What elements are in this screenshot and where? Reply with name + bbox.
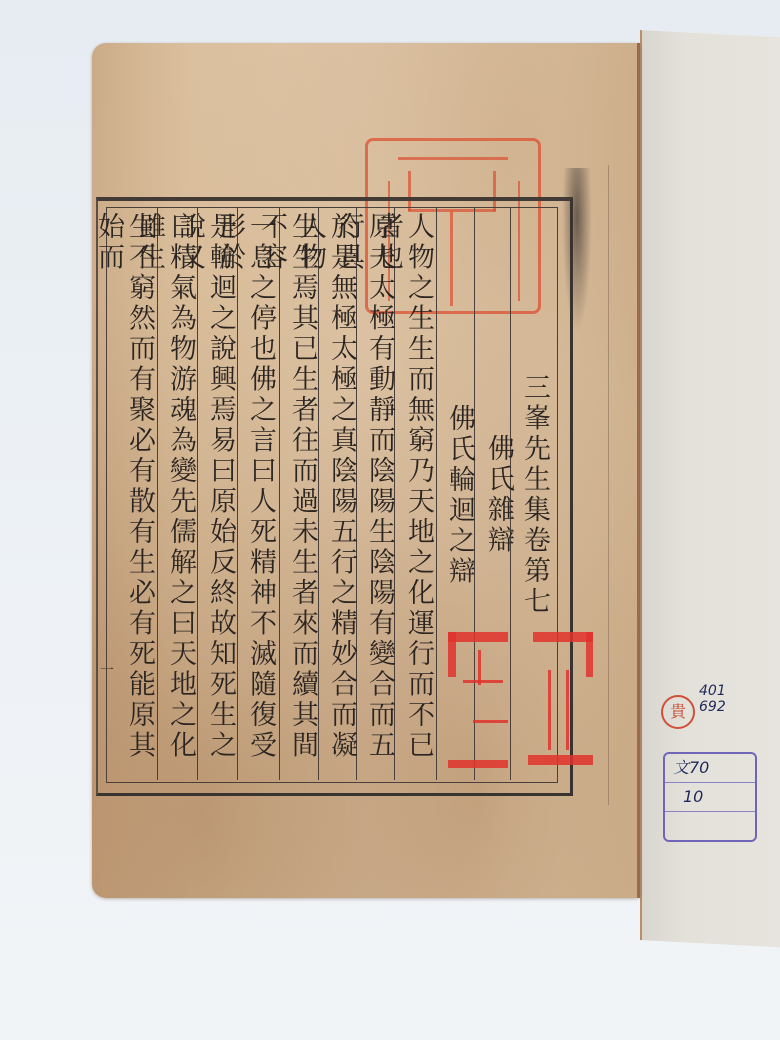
margin-page-mark: 一 — [100, 660, 114, 680]
text-column: 生生焉其已生者往而過未生者來而續其間不容 — [280, 212, 318, 778]
call-number-line2: 692 — [699, 699, 726, 715]
text-column: 人物之生生而無窮乃天地之化運行而不已者也 — [396, 212, 434, 778]
call-number-line1: 401 — [699, 683, 726, 699]
call-number: 401 692 — [699, 683, 726, 715]
text-column: 一息之停也佛之言曰人死精神不滅隨復受形於 — [238, 212, 276, 778]
red-seal-bottom — [448, 630, 593, 775]
stamp-row-2: 10 — [665, 783, 755, 812]
library-stamp-box: 文70 10 — [663, 752, 757, 842]
text-column: 曰精氣為物游魂為變先儒解之曰天地之化雖生 — [158, 212, 196, 778]
stamp-row-1: 文70 — [665, 754, 755, 783]
text-column: 原夫太極有動靜而陰陽生陰陽有變合而五行具 — [357, 212, 395, 778]
text-column: 生不窮然而有聚必有散有生必有死能原其始而 — [117, 212, 155, 778]
text-column: 是輪迴之說興焉易曰原始反終故知死生之說又 — [198, 212, 236, 778]
center-fold-line — [608, 165, 609, 805]
stamp-row-3 — [665, 812, 755, 840]
spine-edge — [637, 43, 640, 898]
circle-seal-gui: 貴 — [661, 695, 695, 729]
text-column: 於是無極太極之真陰陽五行之精妙合而凝人物 — [319, 212, 357, 778]
